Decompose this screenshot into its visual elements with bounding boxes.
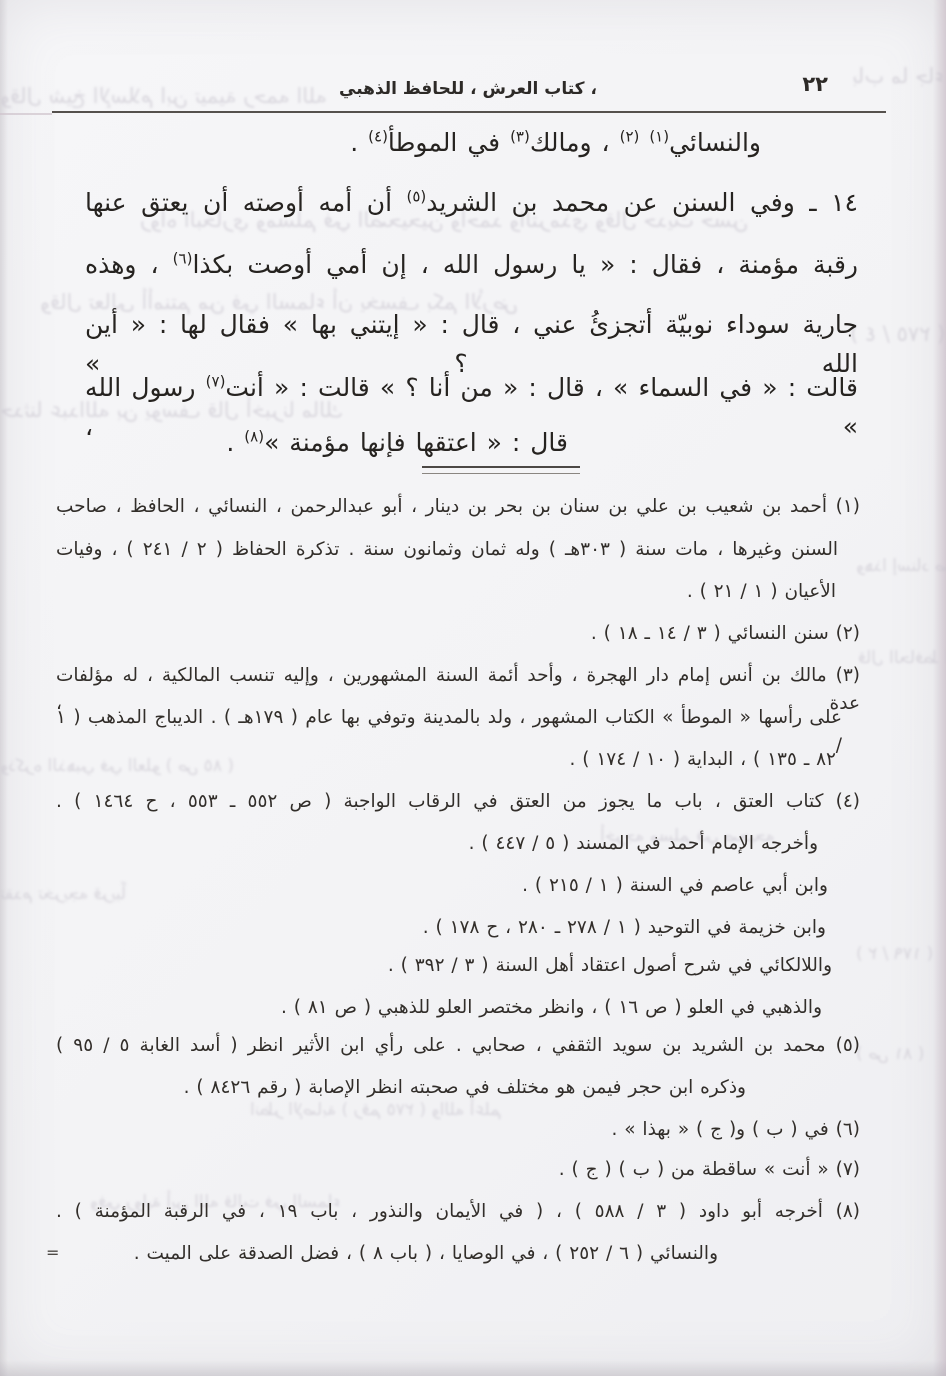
footnote-line: وذكره ابن حجر فيمن هو مختلف في صحبته انظ… [184, 1074, 746, 1102]
scanned-page: وقال شيخ الإسلام ابن تيمية رحمه الله باب… [0, 0, 946, 1376]
body-line: والنسائي(١) (٢) ، ومالك(٣) في الموطأ(٤) … [350, 124, 761, 163]
footnote-line: (١) أحمد بن شعيب بن علي بن سنان بن بحر ب… [56, 493, 860, 521]
footnote-line: (٤) كتاب العتق ، باب ما يجوز من العتق في… [56, 788, 860, 816]
footnote-line: واللالكائي في شرح أصول اعتقاد أهل السنة … [388, 952, 832, 980]
page-edge-shadow-right [933, 0, 946, 1376]
body-line: قال : « اعتقها فإنها مؤمنة »(٨) . [226, 424, 568, 463]
running-header-title: ، كتاب العرش ، للحافظ الذهبي [0, 79, 936, 99]
footnote-line: والنسائي ( ٦ / ٢٥٢ ) ، في الوصايا ، ( با… [134, 1240, 718, 1268]
footnote-line: وابن أبي عاصم في السنة ( ١ / ٢١٥ ) . [522, 872, 828, 900]
header-rule [52, 111, 886, 113]
footnote-separator [422, 466, 580, 474]
bleed-through-text: ( ص ٨١ ) [856, 1044, 924, 1064]
footnote-line: الأعيان ( ١ / ٢١ ) . [687, 578, 836, 606]
footnote-line: السنن وغيرها ، مات سنة ( ٣٠٣هـ ) وله ثما… [56, 536, 838, 564]
footnote-line: (٦) في ( ب ) و( ج ) « بهذا » . [611, 1116, 860, 1144]
page-edge-shadow-left [0, 0, 8, 1376]
bleed-through-text: انظر الإصابة ( رقم ٢٧٥ ) والله أعلم [250, 1100, 501, 1120]
bleed-through-text: ( ٢ / ١٧٩ ) [856, 944, 933, 964]
footnote-line: وأخرجه الإمام أحمد في المسند ( ٥ / ٤٤٧ )… [469, 830, 818, 858]
footnote-line: (٧) « أنت » ساقطة من ( ب ) ( ج ) . [559, 1156, 860, 1184]
bleed-through-text: تقدم تخريجه قريباً [0, 884, 126, 904]
bleed-through-text: ( ٤ / ٢٧٥ ) [850, 322, 945, 346]
footnote-line: والذهبي في العلو ( ص ١٦ ) ، وانظر مختصر … [281, 994, 822, 1022]
footnote-continuation-mark: = [46, 1243, 59, 1262]
footnote-line: (٢) سنن النسائي ( ٣ / ١٤ ـ ١٨ ) . [591, 620, 860, 648]
footnote-line: (٥) محمد بن الشريد بن سويد الثقفي ، صحاب… [56, 1032, 860, 1060]
footnote-line: وابن خزيمة في التوحيد ( ١ / ٢٧٨ ـ ٢٨٠ ، … [423, 914, 826, 942]
footnote-line: ‏٨٢ ـ ١٣٥ ) ، البداية ( ١٠ / ١٧٤ ) . [569, 746, 836, 774]
page-edge-shadow-bottom [0, 1360, 946, 1376]
header-rule-bleed [0, 113, 52, 115]
body-line: رقبة مؤمنة ، فقال : « يا رسول الله ، إن … [85, 246, 858, 285]
footnote-line: (٨) أخرجه أبو داود ( ٣ / ٥٨٨ ) ، ( في ال… [56, 1198, 860, 1226]
body-line: ١٤ ـ وفي السنن عن محمد بن الشريد(٥) أن أ… [85, 184, 858, 223]
